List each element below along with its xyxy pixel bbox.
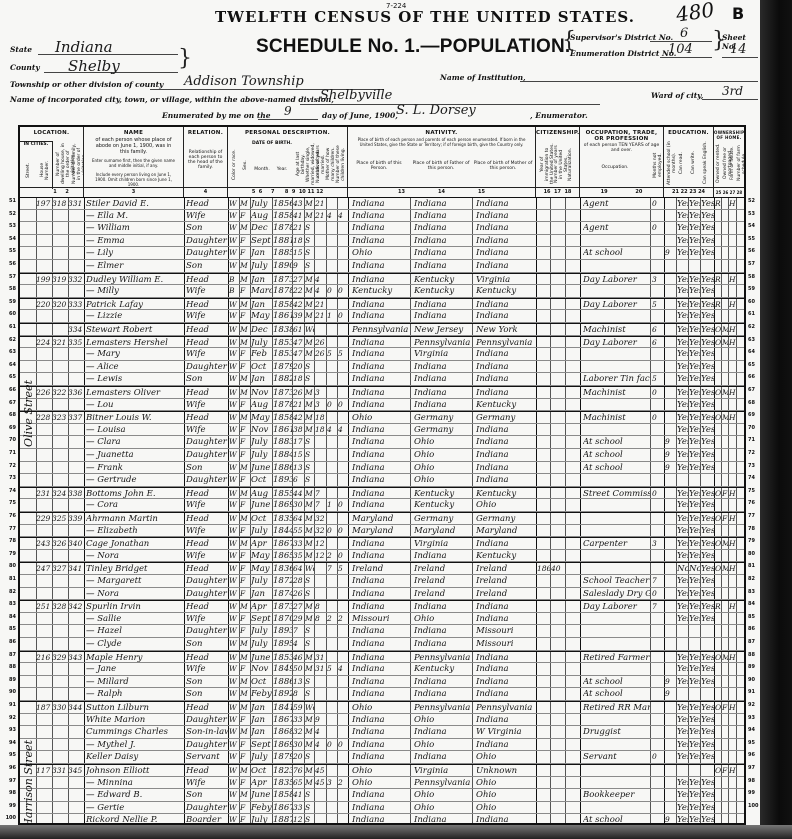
- birthplace-mother-cell: Indiana: [476, 676, 536, 688]
- years-in-us-cell: [551, 739, 565, 751]
- dwelling-number-cell: [36, 613, 52, 625]
- age-cell: 33: [293, 538, 304, 549]
- years-married-cell: 21: [315, 198, 326, 209]
- birthplace-father-cell: Ohio: [414, 802, 472, 814]
- can-write-cell: Yes: [689, 588, 700, 600]
- birthplace-mother-cell: Indiana: [476, 424, 536, 436]
- table-row: — LilyDaughterWFJan188515SOhioIndianaInd…: [20, 247, 744, 260]
- months-unemployed-cell: 0: [652, 588, 664, 600]
- owned-rented-cell: R: [715, 198, 721, 209]
- children-living-cell: [338, 652, 348, 663]
- can-write-cell: Yes: [689, 210, 700, 222]
- birth-year-cell: 1895: [273, 638, 292, 650]
- owned-rented-cell: [715, 348, 721, 360]
- can-write-cell: Yes: [689, 789, 700, 801]
- immigration-year-cell: [537, 462, 550, 474]
- can-read-cell: Yes: [677, 348, 688, 360]
- free-mortgaged-cell: [722, 285, 728, 297]
- color-cell: W: [229, 513, 239, 524]
- school-months-cell: [665, 210, 676, 222]
- color-cell: W: [229, 399, 239, 411]
- occupation-cell: Day Laborer: [583, 274, 650, 285]
- birthplace-mother-cell: Ohio: [476, 777, 536, 789]
- relation-cell: Head: [186, 652, 228, 663]
- color-cell: W: [229, 361, 239, 373]
- owned-rented-cell: R: [715, 274, 721, 285]
- sheet-value: 14: [730, 42, 747, 57]
- birthplace-mother-cell: Kentucky: [476, 550, 536, 562]
- birth-year-cell: 1838: [273, 324, 292, 335]
- birthplace-person-cell: Indiana: [352, 789, 410, 801]
- children-born-cell: 0: [327, 399, 337, 411]
- months-unemployed-cell: [652, 260, 664, 272]
- relation-cell: Daughter: [186, 739, 228, 751]
- marital-status-cell: M: [305, 499, 314, 511]
- census-table: LOCATION. IN CITIES. Street. House Numbe…: [18, 125, 746, 825]
- owned-rented-cell: [715, 676, 721, 688]
- years-in-us-cell: [551, 714, 565, 726]
- row-number-right: 92: [748, 702, 760, 708]
- years-married-cell: 21: [315, 210, 326, 222]
- birthplace-father-cell: Virginia: [414, 538, 472, 549]
- can-write-cell: Yes: [689, 324, 700, 335]
- census-page: 7-224 480 B TWELFTH CENSUS OF THE UNITED…: [0, 0, 760, 839]
- family-number-alt-cell: [52, 739, 68, 751]
- can-speak-cell: Yes: [701, 324, 714, 335]
- age-cell: 59: [293, 702, 304, 713]
- school-months-cell: [665, 550, 676, 562]
- table-row: — NoraWifeWFMay186535M1220IndianaIndiana…: [20, 550, 744, 563]
- marital-status-cell: M: [305, 198, 314, 209]
- row-number-right: 62: [748, 324, 760, 330]
- naturalization-cell: [566, 625, 580, 637]
- sex-cell: F: [240, 663, 250, 675]
- relation-cell: Daughter: [186, 449, 228, 461]
- person-name-cell: Sutton Lilburn: [86, 702, 184, 713]
- person-name-cell: — Lizzie: [86, 310, 184, 322]
- can-speak-cell: Yes: [701, 563, 714, 574]
- immigration-year-cell: [537, 449, 550, 461]
- birth-month-cell: Dec: [251, 222, 272, 234]
- can-read-cell: Yes: [677, 663, 688, 675]
- naturalization-cell: [566, 424, 580, 436]
- sex-cell: F: [240, 777, 250, 789]
- dwelling-number-cell: 231: [36, 488, 52, 499]
- naturalization-cell: [566, 373, 580, 385]
- birth-month-cell: Dec: [251, 324, 272, 335]
- color-cell: W: [229, 474, 239, 486]
- age-cell: 42: [293, 299, 304, 310]
- years-married-cell: [315, 751, 326, 763]
- family-number-cell: 333: [68, 299, 84, 310]
- table-header: LOCATION. IN CITIES. Street. House Numbe…: [20, 127, 744, 198]
- birthplace-person-cell: Indiana: [352, 663, 410, 675]
- can-speak-cell: Yes: [701, 777, 714, 789]
- years-married-cell: 21: [315, 310, 326, 322]
- months-unemployed-cell: [652, 625, 664, 637]
- age-cell: 32: [293, 726, 304, 738]
- birth-year-cell: 1844: [273, 525, 292, 537]
- dwelling-number-cell: [36, 474, 52, 486]
- years-married-cell: [315, 474, 326, 486]
- table-row: 247327341Tinley BridgetHeadWFMay183664Wd…: [20, 562, 744, 575]
- row-number-right: 67: [748, 387, 760, 393]
- birthplace-mother-cell: Indiana: [476, 601, 536, 612]
- birth-month-cell: July: [251, 449, 272, 461]
- can-speak-cell: Yes: [701, 348, 714, 360]
- birth-month-cell: Oct: [251, 765, 272, 776]
- table-row: Cummings CharlesSon-in-lawWMJan186832M4I…: [20, 726, 744, 739]
- naturalization-cell: [566, 348, 580, 360]
- row-number-left: 75: [2, 500, 16, 506]
- birthplace-mother-cell: Ohio: [476, 802, 536, 814]
- birthplace-father-cell: Indiana: [414, 751, 472, 763]
- children-born-cell: [327, 765, 337, 776]
- relation-cell: Son-in-law: [186, 726, 228, 738]
- person-name-cell: Tinley Bridget: [86, 563, 184, 574]
- naturalization-cell: [566, 412, 580, 423]
- farm-house-cell: [729, 739, 736, 751]
- farm-house-cell: [729, 285, 736, 297]
- marital-status-cell: M: [305, 412, 314, 423]
- person-name-cell: Stewart Robert: [86, 324, 184, 335]
- birthplace-father-cell: Virginia: [414, 765, 472, 776]
- years-married-cell: 45: [315, 777, 326, 789]
- family-number-cell: 339: [68, 513, 84, 524]
- birthplace-father-cell: Indiana: [414, 310, 472, 322]
- free-mortgaged-cell: [722, 676, 728, 688]
- birth-year-cell: 1885: [273, 247, 292, 259]
- relation-cell: Son: [186, 789, 228, 801]
- naturalization-cell: [566, 449, 580, 461]
- children-born-cell: [327, 324, 337, 335]
- table-row: — ElmerSonWMJuly18909SIndianaIndianaIndi…: [20, 260, 744, 273]
- birth-year-cell: 1861: [273, 310, 292, 322]
- years-in-us-cell: [551, 550, 565, 562]
- immigration-year-cell: [537, 373, 550, 385]
- can-write-cell: [689, 474, 700, 486]
- family-number-alt-cell: [52, 575, 68, 587]
- row-number-left: 55: [2, 248, 16, 254]
- birthplace-person-cell: Indiana: [352, 751, 410, 763]
- immigration-year-cell: [537, 726, 550, 738]
- owned-rented-cell: [715, 499, 721, 511]
- can-read-cell: No: [677, 563, 688, 574]
- color-cell: W: [229, 714, 239, 726]
- family-number-alt-cell: [52, 638, 68, 650]
- occupation-cell: [583, 513, 650, 524]
- can-read-cell: Yes: [677, 387, 688, 398]
- children-living-cell: [338, 474, 348, 486]
- person-name-cell: — Frank: [86, 462, 184, 474]
- children-living-cell: [338, 361, 348, 373]
- row-number-left: 100: [2, 815, 16, 821]
- can-write-cell: Yes: [689, 714, 700, 726]
- immigration-year-cell: [537, 488, 550, 499]
- naturalization-cell: [566, 702, 580, 713]
- family-number-alt-cell: [52, 210, 68, 222]
- marital-status-cell: M: [305, 525, 314, 537]
- table-row: — ClaraDaughterWFJuly188317SIndianaOhioI…: [20, 436, 744, 449]
- immigration-year-cell: [537, 260, 550, 272]
- children-born-cell: [327, 474, 337, 486]
- can-write-cell: Yes: [689, 310, 700, 322]
- children-living-cell: [338, 299, 348, 310]
- children-born-cell: 0: [327, 739, 337, 751]
- row-number-left: 83: [2, 601, 16, 607]
- age-cell: 64: [293, 563, 304, 574]
- row-number-right: 95: [748, 740, 760, 746]
- relation-cell: Son: [186, 260, 228, 272]
- months-unemployed-cell: [652, 739, 664, 751]
- row-number-right: 65: [748, 362, 760, 368]
- dwelling-number-cell: 228: [36, 412, 52, 423]
- years-in-us-cell: [551, 247, 565, 259]
- age-cell: 28: [293, 575, 304, 587]
- naturalization-cell: [566, 575, 580, 587]
- color-cell: W: [229, 726, 239, 738]
- birthplace-person-cell: Missouri: [352, 613, 410, 625]
- can-read-cell: Yes: [677, 613, 688, 625]
- family-number-alt-cell: [52, 260, 68, 272]
- table-row: — ClydeSonWMJuly18954SIndianaIndianaMiss…: [20, 638, 744, 651]
- row-number-left: 73: [2, 475, 16, 481]
- dwelling-number-cell: 243: [36, 538, 52, 549]
- birthplace-mother-cell: Indiana: [476, 373, 536, 385]
- can-write-cell: Yes: [689, 802, 700, 814]
- can-speak-cell: Yes: [701, 285, 714, 297]
- row-number-left: 51: [2, 198, 16, 204]
- farm-house-cell: [729, 210, 736, 222]
- birthplace-person-cell: Indiana: [352, 198, 410, 209]
- years-in-us-cell: [551, 310, 565, 322]
- birthplace-father-cell: Germany: [414, 424, 472, 436]
- children-born-cell: 0: [327, 525, 337, 537]
- family-number-cell: [68, 726, 84, 738]
- years-married-cell: 4: [315, 274, 326, 285]
- table-row: — LewisSonWMJan188218SIndianaIndianaIndi…: [20, 373, 744, 386]
- owned-rented-cell: [715, 714, 721, 726]
- table-row: — MaryWifeWFFeb185347M2655IndianaVirgini…: [20, 348, 744, 361]
- years-married-cell: [315, 575, 326, 587]
- person-name-cell: — Cora: [86, 499, 184, 511]
- sex-cell: M: [240, 726, 250, 738]
- school-months-cell: [665, 198, 676, 209]
- birthplace-father-cell: Indiana: [414, 235, 472, 247]
- sex-cell: M: [240, 601, 250, 612]
- children-living-cell: [338, 513, 348, 524]
- row-number-right: 100: [748, 803, 760, 809]
- row-number-left: 99: [2, 803, 16, 809]
- age-cell: 15: [293, 449, 304, 461]
- can-speak-cell: Yes: [701, 412, 714, 423]
- family-number-alt-cell: 330: [52, 702, 68, 713]
- months-unemployed-cell: [652, 563, 664, 574]
- dwelling-number-cell: [36, 399, 52, 411]
- immigration-year-cell: [537, 538, 550, 549]
- children-born-cell: 1: [327, 499, 337, 511]
- birthplace-person-cell: Indiana: [352, 739, 410, 751]
- sex-cell: F: [240, 802, 250, 814]
- marital-status-cell: M: [305, 652, 314, 663]
- children-living-cell: [338, 688, 348, 700]
- immigration-year-cell: [537, 222, 550, 234]
- color-cell: W: [229, 310, 239, 322]
- farm-house-cell: [729, 676, 736, 688]
- family-number-cell: [68, 688, 84, 700]
- months-unemployed-cell: [652, 310, 664, 322]
- can-write-cell: Yes: [689, 488, 700, 499]
- row-number-right: 54: [748, 223, 760, 229]
- person-name-cell: Spurlin Irvin: [86, 601, 184, 612]
- row-number-left: 63: [2, 349, 16, 355]
- table-row: — HazelDaughterWFJuly18937SIndianaIndian…: [20, 625, 744, 638]
- birthplace-mother-cell: Indiana: [476, 462, 536, 474]
- children-born-cell: [327, 198, 337, 209]
- birthplace-father-cell: Germany: [414, 412, 472, 423]
- birth-year-cell: 1867: [273, 714, 292, 726]
- school-months-cell: [665, 299, 676, 310]
- owned-rented-cell: [715, 739, 721, 751]
- family-number-cell: [68, 676, 84, 688]
- person-name-cell: — Gertie: [86, 802, 184, 814]
- row-number-right: 64: [748, 349, 760, 355]
- marital-status-cell: M: [305, 765, 314, 776]
- months-unemployed-cell: 5: [652, 299, 664, 310]
- birthplace-father-cell: Indiana: [414, 676, 472, 688]
- occupation-cell: [583, 361, 650, 373]
- can-write-cell: Yes: [689, 751, 700, 763]
- can-read-cell: Yes: [677, 588, 688, 600]
- children-living-cell: 0: [338, 550, 348, 562]
- years-married-cell: [315, 638, 326, 650]
- occupation-cell: [583, 424, 650, 436]
- color-cell: W: [229, 348, 239, 360]
- birth-month-cell: June: [251, 499, 272, 511]
- school-months-cell: 9: [665, 462, 676, 474]
- can-read-cell: [677, 474, 688, 486]
- immigration-year-cell: [537, 348, 550, 360]
- birthplace-mother-cell: Indiana: [476, 198, 536, 209]
- row-number-left: 69: [2, 425, 16, 431]
- age-cell: 7: [293, 625, 304, 637]
- years-married-cell: 26: [315, 348, 326, 360]
- birthplace-mother-cell: Indiana: [476, 260, 536, 272]
- birth-year-cell: 1869: [273, 739, 292, 751]
- birthplace-mother-cell: Ohio: [476, 751, 536, 763]
- table-row: — WilliamSonWMDec187821SIndianaIndianaIn…: [20, 222, 744, 235]
- years-married-cell: 4: [315, 726, 326, 738]
- free-mortgaged-cell: [722, 235, 728, 247]
- can-speak-cell: Yes: [701, 550, 714, 562]
- school-months-cell: [665, 601, 676, 612]
- dwelling-number-cell: [36, 310, 52, 322]
- birthplace-person-cell: Pennsylvania: [352, 324, 410, 335]
- age-cell: 13: [293, 462, 304, 474]
- immigration-year-cell: [537, 285, 550, 297]
- age-cell: 8: [293, 688, 304, 700]
- row-number-left: 77: [2, 526, 16, 532]
- person-name-cell: — Edward B.: [86, 789, 184, 801]
- birth-month-cell: July: [251, 260, 272, 272]
- children-born-cell: [327, 802, 337, 814]
- can-read-cell: Yes: [677, 777, 688, 789]
- row-number-left: 82: [2, 589, 16, 595]
- birthplace-person-cell: Indiana: [352, 274, 410, 285]
- row-number-right: 72: [748, 450, 760, 456]
- can-read-cell: Yes: [677, 373, 688, 385]
- immigration-year-cell: [537, 739, 550, 751]
- owned-rented-cell: [715, 285, 721, 297]
- marital-status-cell: M: [305, 299, 314, 310]
- row-number-left: 78: [2, 538, 16, 544]
- free-mortgaged-cell: [722, 399, 728, 411]
- farm-house-cell: H: [729, 299, 736, 310]
- family-number-alt-cell: [52, 222, 68, 234]
- free-mortgaged-cell: [722, 373, 728, 385]
- table-row: — MinninaWifeWFApr183565M4532OhioPennsyl…: [20, 777, 744, 790]
- marital-status-cell: M: [305, 424, 314, 436]
- ward-line: [702, 99, 758, 100]
- relation-cell: Wife: [186, 210, 228, 222]
- dwelling-number-cell: [36, 449, 52, 461]
- relation-cell: Wife: [186, 777, 228, 789]
- family-number-alt-cell: [52, 373, 68, 385]
- dwelling-number-cell: 187: [36, 702, 52, 713]
- years-married-cell: 4: [315, 285, 326, 297]
- person-name-cell: — Emma: [86, 235, 184, 247]
- children-living-cell: 0: [338, 399, 348, 411]
- family-number-alt-cell: 326: [52, 538, 68, 549]
- age-cell: 76: [293, 765, 304, 776]
- can-write-cell: Yes: [689, 449, 700, 461]
- naturalization-cell: [566, 538, 580, 549]
- farm-house-cell: [729, 235, 736, 247]
- sex-cell: F: [240, 235, 250, 247]
- birthplace-father-cell: Ohio: [414, 714, 472, 726]
- naturalization-cell: [566, 198, 580, 209]
- age-cell: 27: [293, 274, 304, 285]
- farm-house-cell: H: [729, 387, 736, 398]
- age-cell: 26: [293, 387, 304, 398]
- person-name-cell: — Juanetta: [86, 449, 184, 461]
- birthplace-person-cell: Ireland: [352, 563, 410, 574]
- children-living-cell: [338, 260, 348, 272]
- can-read-cell: Yes: [677, 802, 688, 814]
- owned-rented-cell: [715, 462, 721, 474]
- naturalization-cell: [566, 765, 580, 776]
- sex-cell: F: [240, 210, 250, 222]
- person-name-cell: — Lewis: [86, 373, 184, 385]
- can-write-cell: Yes: [689, 337, 700, 348]
- person-name-cell: — Mary: [86, 348, 184, 360]
- school-months-cell: [665, 765, 676, 776]
- birthplace-person-cell: Maryland: [352, 513, 410, 524]
- marital-status-cell: S: [305, 222, 314, 234]
- occupation-cell: [583, 550, 650, 562]
- table-row: — JuanettaDaughterWFJuly188415SIndianaOh…: [20, 449, 744, 462]
- years-in-us-cell: [551, 588, 565, 600]
- can-speak-cell: Yes: [701, 739, 714, 751]
- owned-rented-cell: [715, 751, 721, 763]
- school-months-cell: [665, 802, 676, 814]
- birthplace-father-cell: Indiana: [414, 726, 472, 738]
- school-months-cell: 9: [665, 436, 676, 448]
- years-married-cell: [315, 625, 326, 637]
- children-living-cell: [338, 412, 348, 423]
- years-in-us-cell: [551, 488, 565, 499]
- naturalization-cell: [566, 739, 580, 751]
